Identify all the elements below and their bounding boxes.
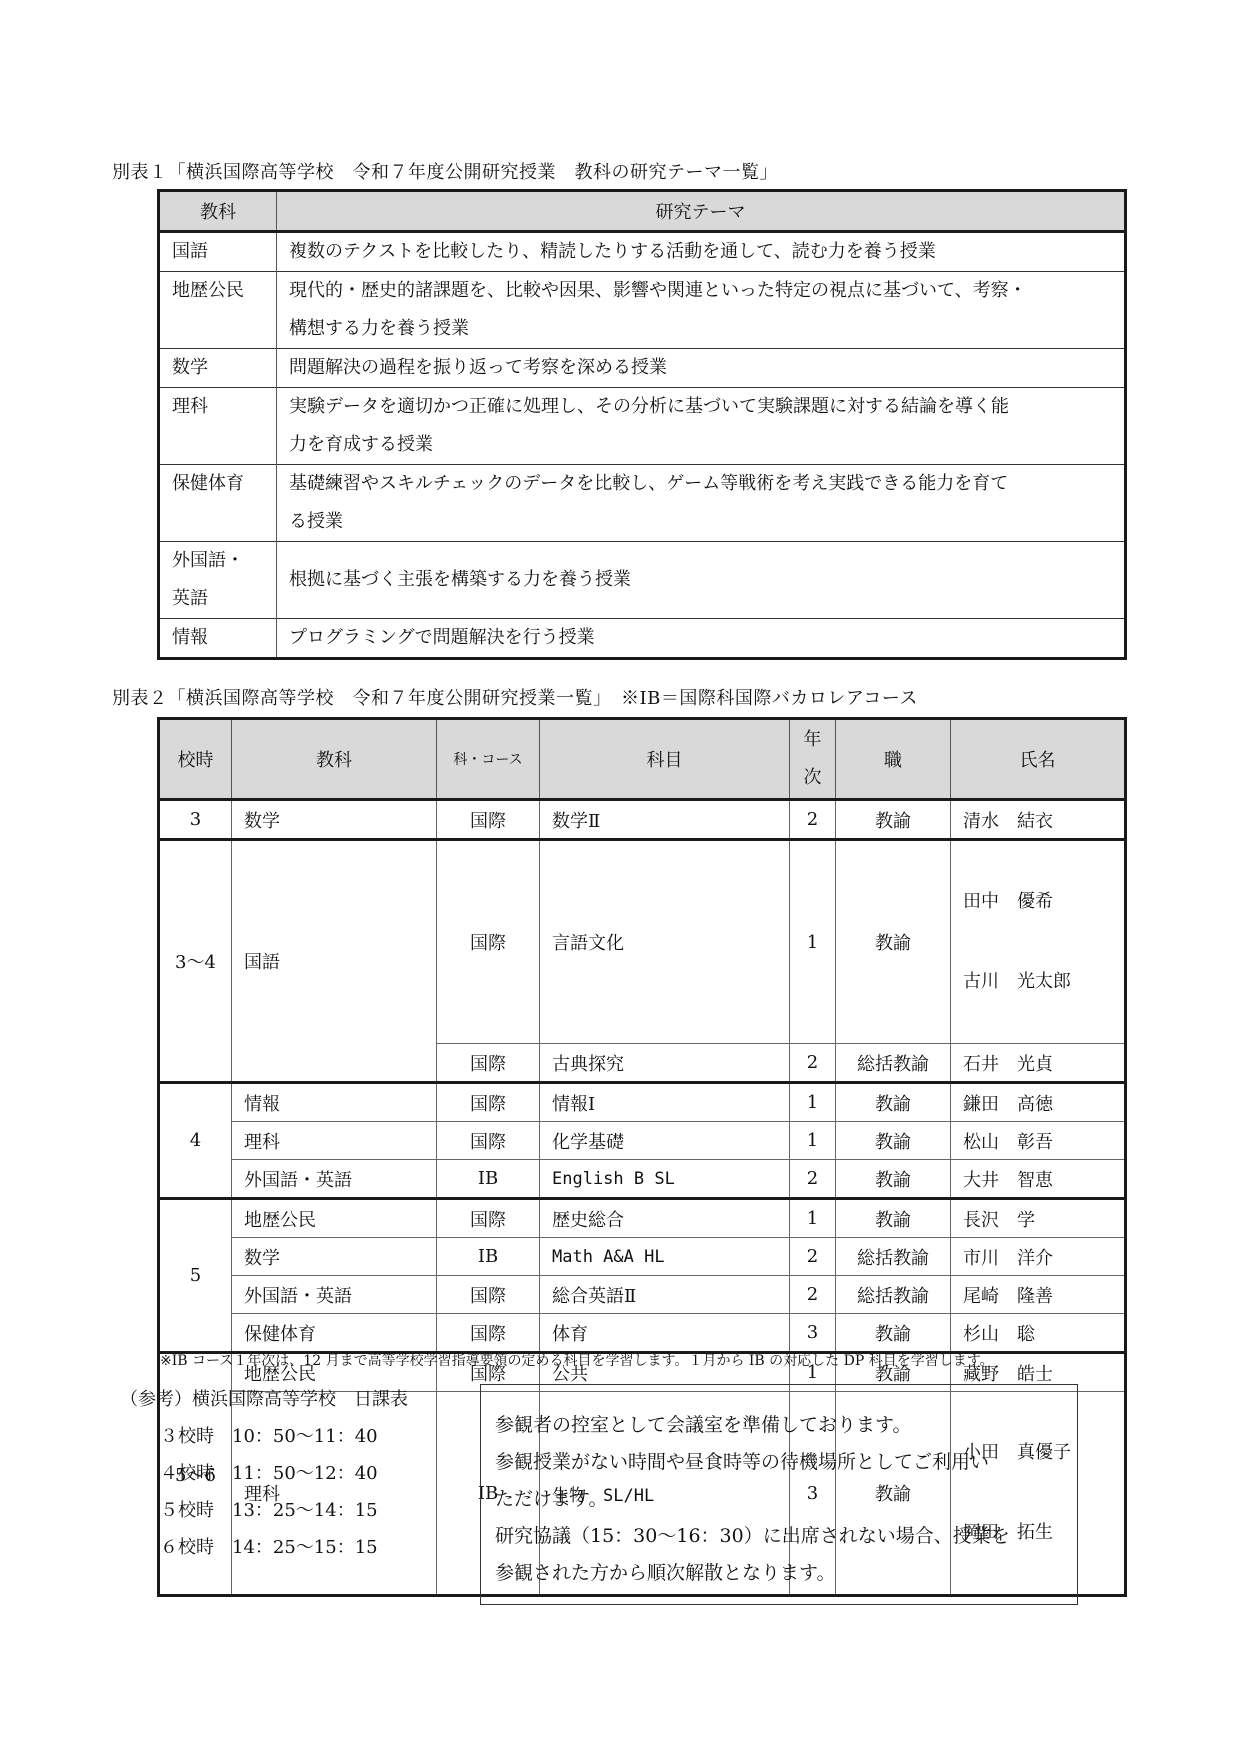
course-cell: 国際: [437, 1276, 540, 1314]
header-course-name: 科目: [540, 719, 790, 800]
table-header-row: 校時 教科 科・コース 科目 年次 職 氏名: [159, 719, 1126, 800]
subject-cell: 理科: [159, 388, 277, 465]
schedule-title: （参考）横浜国際高等学校 日課表: [120, 1385, 408, 1411]
theme-text: 力を育成する授業: [289, 426, 1112, 464]
name-cell: 鎌田 高徳: [951, 1083, 1126, 1122]
name-line: 古川 光太郎: [963, 963, 1112, 1001]
theme-cell: 根拠に基づく主張を構築する力を養う授業: [277, 542, 1126, 619]
table-row: 外国語・ 英語 根拠に基づく主張を構築する力を養う授業: [159, 542, 1126, 619]
subject-text: 地歴公民: [172, 272, 264, 310]
ib-footnote: ※IB コース１年次は、12 月まで高等学校学習指導要領の定める科目を学習します…: [160, 1350, 994, 1370]
position-cell: 総括教諭: [836, 1276, 951, 1314]
course-name-cell: 化学基礎: [540, 1122, 790, 1160]
theme-cell: 現代的・歴史的諸課題を、比較や因果、影響や関連といった特定の視点に基づいて、考察…: [277, 272, 1126, 349]
period-cell: 4: [159, 1083, 232, 1199]
name-cell: 杉山 聡: [951, 1314, 1126, 1353]
position-cell: 教諭: [836, 800, 951, 840]
theme-text: プログラミングで問題解決を行う授業: [289, 619, 1112, 657]
name-cell: 清水 結衣: [951, 800, 1126, 840]
table-row: 情報 プログラミングで問題解決を行う授業: [159, 619, 1126, 659]
subject-cell: 外国語・英語: [232, 1276, 437, 1314]
schedule-row: ５校時 13：25〜14：15: [160, 1492, 378, 1529]
notice-line: 参観者の控室として会議室を準備しております。: [495, 1407, 1063, 1444]
course-name-cell: 言語文化: [540, 840, 790, 1044]
name-cell: 長沢 学: [951, 1199, 1126, 1238]
position-cell: 教諭: [836, 1160, 951, 1199]
header-course: 科・コース: [437, 719, 540, 800]
course-name-cell: 古典探究: [540, 1044, 790, 1083]
course-name-cell: 総合英語Ⅱ: [540, 1276, 790, 1314]
schedule-list: ３校時 10：50〜11：40 ４校時 11：50〜12：40 ５校時 13：2…: [160, 1418, 378, 1566]
grade-cell: 3: [790, 1314, 836, 1353]
subject-cell: 国語: [232, 840, 437, 1083]
subject-text: 理科: [172, 388, 264, 426]
schedule-row: ６校時 14：25〜15：15: [160, 1529, 378, 1566]
grade-cell: 1: [790, 1083, 836, 1122]
grade-cell: 2: [790, 1044, 836, 1083]
notice-line: ただけます。: [495, 1481, 1063, 1518]
header-period: 校時: [159, 719, 232, 800]
grade-cell: 1: [790, 1122, 836, 1160]
table1-caption: 別表１「横浜国際高等学校 令和７年度公開研究授業 教科の研究テーマ一覧」: [112, 158, 778, 184]
subject-cell: 理科: [232, 1122, 437, 1160]
name-cell: 尾崎 隆善: [951, 1276, 1126, 1314]
header-theme: 研究テーマ: [277, 191, 1126, 232]
theme-cell: 実験データを適切かつ正確に処理し、その分析に基づいて実験課題に対する結論を導く能…: [277, 388, 1126, 465]
subject-cell: 数学: [232, 1238, 437, 1276]
subject-cell: 保健体育: [232, 1314, 437, 1353]
table2-caption: 別表２「横浜国際高等学校 令和７年度公開研究授業一覧」 ※IB＝国際科国際バカロ…: [112, 684, 918, 710]
notice-box: 参観者の控室として会議室を準備しております。 参観授業がない時間や昼食時等の待機…: [480, 1384, 1078, 1605]
course-name-cell: 歴史総合: [540, 1199, 790, 1238]
course-name-cell: English B SL: [540, 1160, 790, 1199]
theme-cell: 基礎練習やスキルチェックのデータを比較し、ゲーム等戦術を考え実践できる能力を育て…: [277, 465, 1126, 542]
table-row: 3〜4 国語 国際 言語文化 1 教諭 田中 優希 古川 光太郎: [159, 840, 1126, 1044]
course-cell: IB: [437, 1238, 540, 1276]
name-line: 田中 優希: [963, 883, 1112, 921]
course-cell: 国際: [437, 1314, 540, 1353]
subject-cell: 外国語・ 英語: [159, 542, 277, 619]
table-row: 理科 実験データを適切かつ正確に処理し、その分析に基づいて実験課題に対する結論を…: [159, 388, 1126, 465]
theme-cell: 問題解決の過程を振り返って考察を深める授業: [277, 349, 1126, 388]
table-row: 保健体育 国際 体育 3 教諭 杉山 聡: [159, 1314, 1126, 1353]
course-cell: 国際: [437, 1199, 540, 1238]
subject-text: 保健体育: [172, 465, 264, 503]
position-cell: 教諭: [836, 1122, 951, 1160]
table-header-row: 教科 研究テーマ: [159, 191, 1126, 232]
theme-text: 現代的・歴史的諸課題を、比較や因果、影響や関連といった特定の視点に基づいて、考察…: [289, 272, 1112, 310]
table-row: 4 情報 国際 情報Ⅰ 1 教諭 鎌田 高徳: [159, 1083, 1126, 1122]
theme-text: 構想する力を養う授業: [289, 310, 1112, 348]
header-name: 氏名: [951, 719, 1126, 800]
name-cell: 大井 智恵: [951, 1160, 1126, 1199]
subject-cell: 地歴公民: [159, 272, 277, 349]
grade-cell: 2: [790, 1238, 836, 1276]
header-subject: 教科: [232, 719, 437, 800]
notice-line: 研究協議（15：30〜16：30）に出席されない場合、授業を: [495, 1518, 1063, 1555]
position-cell: 総括教諭: [836, 1044, 951, 1083]
course-name-cell: 情報Ⅰ: [540, 1083, 790, 1122]
position-cell: 教諭: [836, 1199, 951, 1238]
course-cell: 国際: [437, 840, 540, 1044]
course-cell: IB: [437, 1160, 540, 1199]
position-cell: 教諭: [836, 1314, 951, 1353]
notice-line: 参観授業がない時間や昼食時等の待機場所としてご利用い: [495, 1444, 1063, 1481]
course-cell: 国際: [437, 800, 540, 840]
table-row: 理科 国際 化学基礎 1 教諭 松山 彰吾: [159, 1122, 1126, 1160]
course-name-cell: 数学Ⅱ: [540, 800, 790, 840]
theme-text: 根拠に基づく主張を構築する力を養う授業: [289, 561, 1112, 599]
period-cell: 3〜4: [159, 840, 232, 1083]
subject-cell: 国語: [159, 232, 277, 272]
period-cell: 5: [159, 1199, 232, 1353]
subject-cell: 保健体育: [159, 465, 277, 542]
table-row: 3 数学 国際 数学Ⅱ 2 教諭 清水 結衣: [159, 800, 1126, 840]
table-row: 数学 IB Math A&A HL 2 総括教諭 市川 洋介: [159, 1238, 1126, 1276]
subject-cell: 情報: [232, 1083, 437, 1122]
table-row: 数学 問題解決の過程を振り返って考察を深める授業: [159, 349, 1126, 388]
grade-cell: 2: [790, 800, 836, 840]
grade-cell: 2: [790, 1160, 836, 1199]
subject-text: 情報: [172, 619, 264, 657]
subject-cell: 外国語・英語: [232, 1160, 437, 1199]
table-row: 国語 複数のテクストを比較したり、精読したりする活動を通して、読む力を養う授業: [159, 232, 1126, 272]
period-cell: 3: [159, 800, 232, 840]
schedule-row: ４校時 11：50〜12：40: [160, 1455, 378, 1492]
position-cell: 総括教諭: [836, 1238, 951, 1276]
name-cell: 松山 彰吾: [951, 1122, 1126, 1160]
subject-cell: 数学: [159, 349, 277, 388]
header-position: 職: [836, 719, 951, 800]
table-row: 5 地歴公民 国際 歴史総合 1 教諭 長沢 学: [159, 1199, 1126, 1238]
table-row: 外国語・英語 IB English B SL 2 教諭 大井 智恵: [159, 1160, 1126, 1199]
theme-cell: 複数のテクストを比較したり、精読したりする活動を通して、読む力を養う授業: [277, 232, 1126, 272]
subject-text: 外国語・: [172, 542, 264, 580]
grade-cell: 1: [790, 840, 836, 1044]
theme-text: 基礎練習やスキルチェックのデータを比較し、ゲーム等戦術を考え実践できる能力を育て: [289, 465, 1112, 503]
grade-cell: 1: [790, 1199, 836, 1238]
header-subject: 教科: [159, 191, 277, 232]
course-name-cell: Math A&A HL: [540, 1238, 790, 1276]
table-row: 地歴公民 現代的・歴史的諸課題を、比較や因果、影響や関連といった特定の視点に基づ…: [159, 272, 1126, 349]
theme-cell: プログラミングで問題解決を行う授業: [277, 619, 1126, 659]
course-name-cell: 体育: [540, 1314, 790, 1353]
subject-cell: 情報: [159, 619, 277, 659]
notice-line: 参観された方から順次解散となります。: [495, 1555, 1063, 1592]
table-row: 外国語・英語 国際 総合英語Ⅱ 2 総括教諭 尾崎 隆善: [159, 1276, 1126, 1314]
theme-text: 問題解決の過程を振り返って考察を深める授業: [289, 349, 1112, 387]
theme-text: 実験データを適切かつ正確に処理し、その分析に基づいて実験課題に対する結論を導く能: [289, 388, 1112, 426]
header-grade: 年次: [790, 719, 836, 800]
subject-text: 英語: [172, 580, 264, 618]
research-theme-table: 教科 研究テーマ 国語 複数のテクストを比較したり、精読したりする活動を通して、…: [157, 189, 1127, 660]
schedule-row: ３校時 10：50〜11：40: [160, 1418, 378, 1455]
name-cell: 市川 洋介: [951, 1238, 1126, 1276]
header-grade-line: 年: [794, 721, 831, 759]
course-cell: 国際: [437, 1122, 540, 1160]
grade-cell: 2: [790, 1276, 836, 1314]
position-cell: 教諭: [836, 1083, 951, 1122]
position-cell: 教諭: [836, 840, 951, 1044]
subject-text: 数学: [172, 349, 264, 387]
course-cell: 国際: [437, 1044, 540, 1083]
header-grade-line: 次: [794, 759, 831, 797]
table-row: 保健体育 基礎練習やスキルチェックのデータを比較し、ゲーム等戦術を考え実践できる…: [159, 465, 1126, 542]
subject-text: 国語: [172, 233, 264, 271]
subject-cell: 数学: [232, 800, 437, 840]
theme-text: 複数のテクストを比較したり、精読したりする活動を通して、読む力を養う授業: [289, 233, 1112, 271]
subject-cell: 地歴公民: [232, 1199, 437, 1238]
name-cell: 石井 光貞: [951, 1044, 1126, 1083]
theme-text: る授業: [289, 503, 1112, 541]
name-cell: 田中 優希 古川 光太郎: [951, 840, 1126, 1044]
course-cell: 国際: [437, 1083, 540, 1122]
